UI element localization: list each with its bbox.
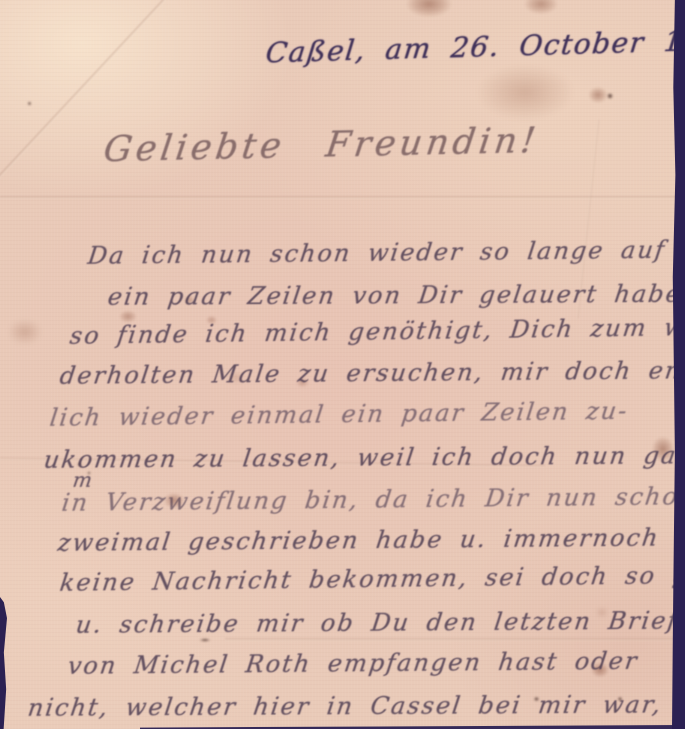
stain-mark [2, 315, 48, 349]
paper-crease [0, 196, 685, 199]
body-line-2: ein paar Zeilen von Dir gelauert habe, [106, 280, 685, 311]
body-line-4: derholten Male zu ersuchen, mir doch end… [58, 356, 685, 390]
body-line-10: u. schreibe mir ob Du den letzten Brief [74, 607, 680, 639]
stain-mark [198, 638, 212, 642]
inline-correction: m [71, 468, 93, 492]
scan-edge-right [672, 0, 685, 729]
letter-paper: Caßel, am 26. October 1880. Geliebte Fre… [0, 0, 685, 729]
body-line-11: von Michel Roth empfangen hast oder [66, 647, 640, 680]
body-line-6: ukommen zu lassen, weil ich doch nun gan… [42, 441, 685, 474]
paper-crease [225, 638, 685, 641]
stain-mark [606, 92, 614, 100]
stain-mark [27, 101, 32, 106]
body-line-8: zweimal geschrieben habe u. immernoch [56, 524, 661, 557]
scanned-letter: Caßel, am 26. October 1880. Geliebte Fre… [0, 0, 685, 729]
body-line-12: nicht, welcher hier in Cassel bei mir wa… [26, 691, 664, 722]
stain-mark [460, 55, 590, 130]
